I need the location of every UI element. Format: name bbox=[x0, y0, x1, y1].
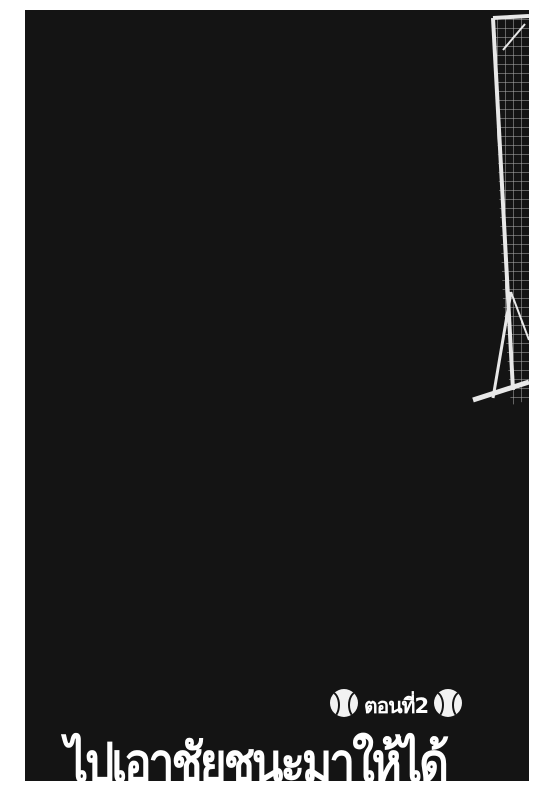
baseball-icon bbox=[434, 689, 462, 717]
comic-panel: ตอนที่2 ไปเอาชัยชนะมาให้ได้ bbox=[25, 10, 529, 781]
chapter-label: ตอนที่2 bbox=[364, 682, 428, 723]
baseball-icon bbox=[330, 689, 358, 717]
baseball-net-illustration bbox=[25, 10, 529, 781]
chapter-title: ไปเอาชัยชนะมาให้ได้ bbox=[65, 728, 446, 781]
chapter-heading: ตอนที่2 bbox=[330, 682, 462, 723]
